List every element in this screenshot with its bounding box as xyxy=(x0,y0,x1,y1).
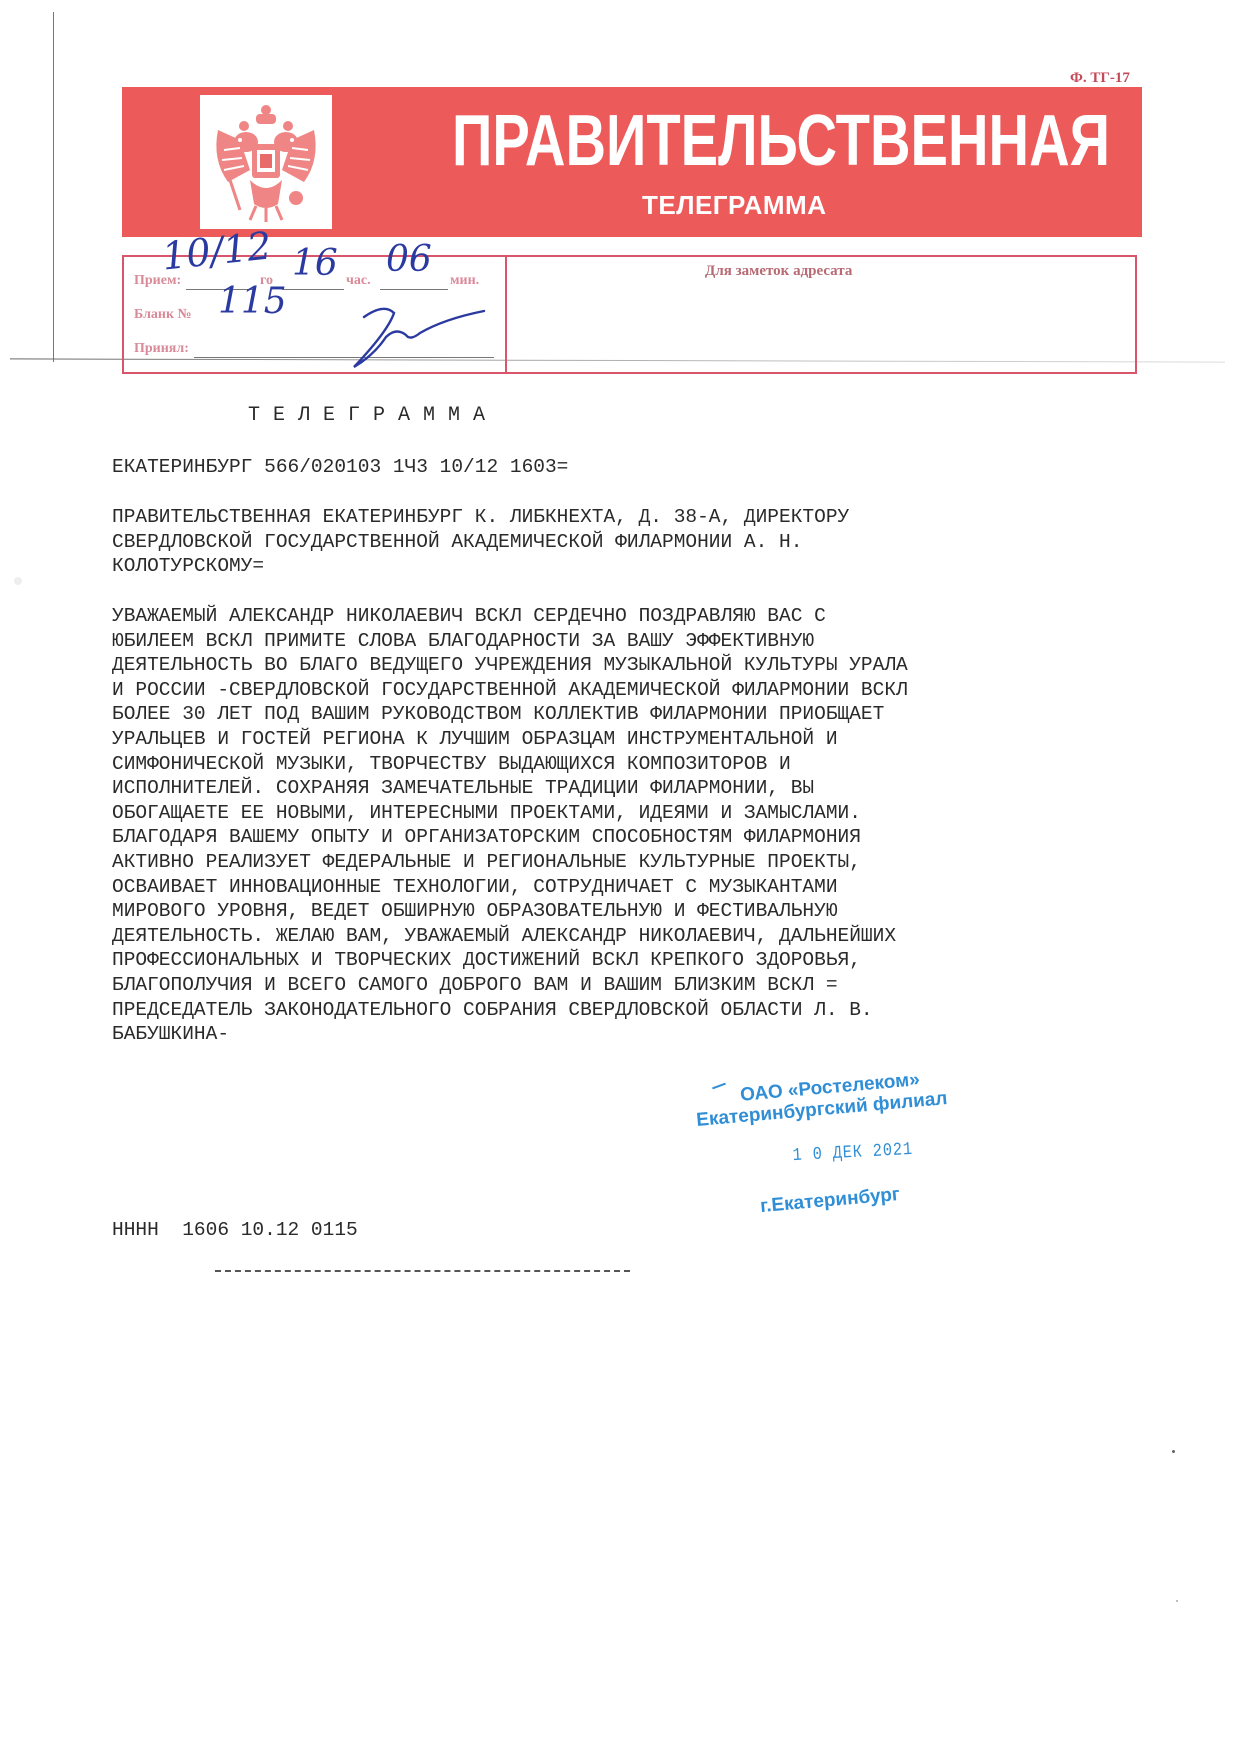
body-line: БЛАГОДАРЯ ВАШЕМУ ОПЫТУ И ОРГАНИЗАТОРСКИМ… xyxy=(112,825,861,850)
tear-off-dashed-line xyxy=(215,1270,630,1272)
notes-label: Для заметок адресата xyxy=(705,263,852,280)
form-code: Ф. ТГ-17 xyxy=(1070,70,1130,87)
body-line: ПРОФЕССИОНАЛЬНЫХ И ТВОРЧЕСКИХ ДОСТИЖЕНИЙ… xyxy=(112,948,861,973)
handwritten-signature-icon xyxy=(344,297,494,372)
coat-of-arms-icon xyxy=(200,95,332,229)
body-line: МИРОВОГО УРОВНЯ, ВЕДЕТ ОБШИРНУЮ ОБРАЗОВА… xyxy=(112,899,838,924)
body-line: БОЛЕЕ 30 ЛЕТ ПОД ВАШИМ РУКОВОДСТВОМ КОЛЛ… xyxy=(112,702,884,727)
address-line: ПРАВИТЕЛЬСТВЕННАЯ ЕКАТЕРИНБУРГ К. ЛИБКНЕ… xyxy=(112,505,849,530)
body-line: УВАЖАЕМЫЙ АЛЕКСАНДР НИКОЛАЕВИЧ ВСКЛ СЕРД… xyxy=(112,604,826,629)
scan-speck xyxy=(14,577,22,585)
rostelecom-stamp: ОАО «Ростелеком» Екатеринбургский филиал… xyxy=(690,1065,990,1245)
telegram-heading: ТЕЛЕГРАММА xyxy=(248,404,498,427)
double-headed-eagle-icon xyxy=(210,100,322,224)
body-line: ДЕЯТЕЛЬНОСТЬ. ЖЕЛАЮ ВАМ, УВАЖАЕМЫЙ АЛЕКС… xyxy=(112,924,896,949)
handwritten-minute: 06 xyxy=(386,239,432,280)
body-line: БАБУШКИНА- xyxy=(112,1022,229,1047)
body-line: УРАЛЬЦЕВ И ГОСТЕЙ РЕГИОНА К ЛУЧШИМ ОБРАЗ… xyxy=(112,727,838,752)
scan-speck xyxy=(1176,1600,1178,1602)
stamp-dash xyxy=(712,1083,726,1090)
body-line: АКТИВНО РЕАЛИЗУЕТ ФЕДЕРАЛЬНЫЕ И РЕГИОНАЛ… xyxy=(112,850,861,875)
body-line: БЛАГОПОЛУЧИЯ И ВСЕГО САМОГО ДОБРОГО ВАМ … xyxy=(112,973,838,998)
hours-label: час. xyxy=(346,273,371,289)
telegram-header-line: ЕКАТЕРИНБУРГ 566/020103 1Ч3 10/12 1603= xyxy=(112,455,568,480)
stamp-date: 1 0 ДЕК 2021 xyxy=(792,1140,913,1166)
body-line: ДЕЯТЕЛЬНОСТЬ ВО БЛАГО ВЕДУЩЕГО УЧРЕЖДЕНИ… xyxy=(112,653,908,678)
banner-title: ПРАВИТЕЛЬСТВЕННАЯ xyxy=(452,99,865,183)
reception-form: Прием: го час. мин. Бланк № Принял: 10/1… xyxy=(122,255,507,374)
handwritten-hour: 16 xyxy=(292,243,338,284)
hours-line xyxy=(282,289,344,290)
banner-subtitle: ТЕЛЕГРАММА xyxy=(642,190,826,221)
body-line: ЮБИЛЕЕМ ВСКЛ ПРИМИТЕ СЛОВА БЛАГОДАРНОСТИ… xyxy=(112,629,814,654)
body-line: ОСВАИВАЕТ ИННОВАЦИОННЫЕ ТЕХНОЛОГИИ, СОТР… xyxy=(112,875,838,900)
handwritten-blank-number: 115 xyxy=(218,281,287,322)
recipient-notes-box: Для заметок адресата xyxy=(505,255,1137,374)
minutes-line xyxy=(380,289,448,290)
body-line: ПРЕДСЕДАТЕЛЬ ЗАКОНОДАТЕЛЬНОГО СОБРАНИЯ С… xyxy=(112,998,873,1023)
body-line: СИМФОНИЧЕСКОЙ МУЗЫКИ, ТВОРЧЕСТВУ ВЫДАЮЩИ… xyxy=(112,752,791,777)
body-line: ИСПОЛНИТЕЛЕЙ. СОХРАНЯЯ ЗАМЕЧАТЕЛЬНЫЕ ТРА… xyxy=(112,776,814,801)
body-line: И РОССИИ -СВЕРДЛОВСКОЙ ГОСУДАРСТВЕННОЙ А… xyxy=(112,678,908,703)
stamp-city: г.Екатеринбург xyxy=(759,1184,900,1218)
address-line: СВЕРДЛОВСКОЙ ГОСУДАРСТВЕННОЙ АКАДЕМИЧЕСК… xyxy=(112,530,802,555)
scan-margin-line xyxy=(53,12,54,362)
scan-speck xyxy=(1172,1450,1175,1453)
body-line: ОБОГАЩАЕТЕ ЕЕ НОВЫМИ, ИНТЕРЕСНЫМИ ПРОЕКТ… xyxy=(112,801,861,826)
address-line: КОЛОТУРСКОМУ= xyxy=(112,554,264,579)
government-banner: ПРАВИТЕЛЬСТВЕННАЯ ТЕЛЕГРАММА xyxy=(122,87,1142,237)
blank-number-label: Бланк № xyxy=(134,307,192,323)
accepted-by-label: Принял: xyxy=(134,341,189,357)
telegram-footer-line: НННН 1606 10.12 0115 xyxy=(112,1218,358,1243)
minutes-label: мин. xyxy=(450,273,479,289)
